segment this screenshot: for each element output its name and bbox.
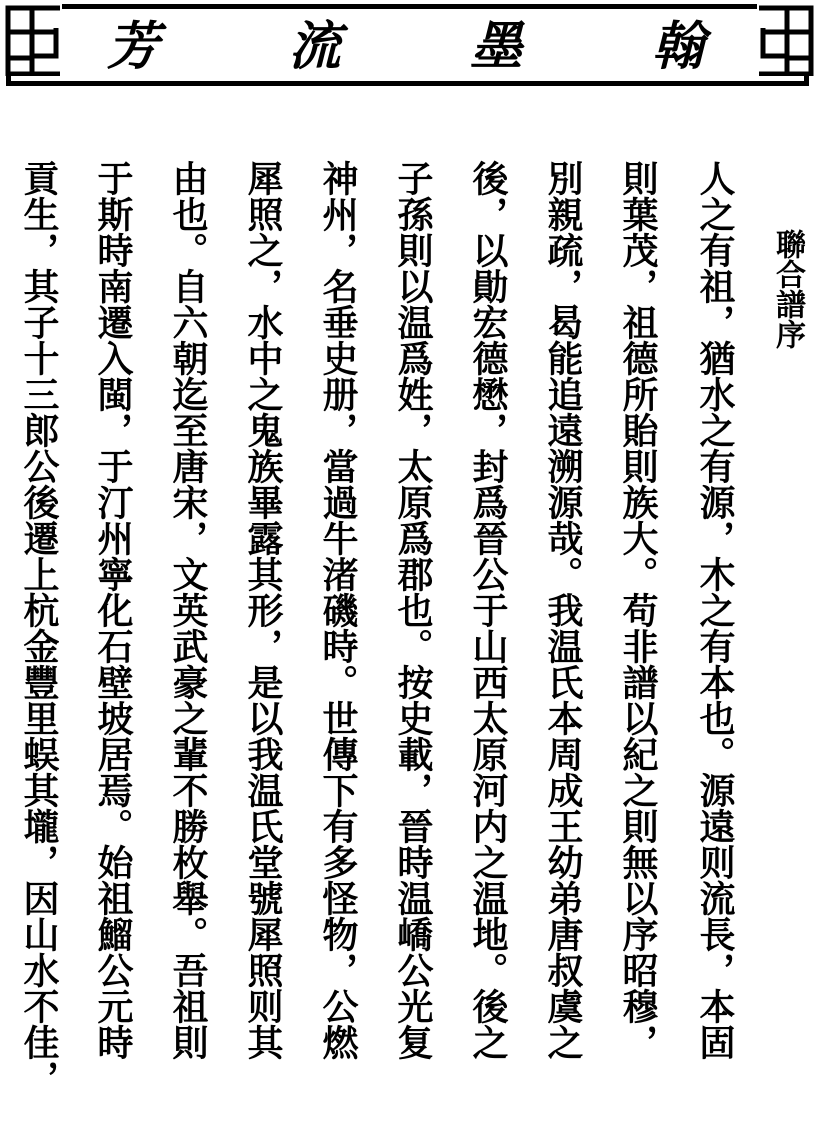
text-column: 人之有祖，猶水之有源，木之有本也。源遠则流長，本固	[688, 160, 734, 1060]
text-column: 犀照之，水中之鬼族畢露其形，是以我温氏堂號犀照则其	[236, 160, 282, 1060]
text-column: 于斯時南遷入閩，于汀州寧化石壁坡居焉。始祖鰡公元時	[86, 160, 132, 1060]
text-column: 後，以勛宏德懋，封爲晉公于山西太原河内之温地。後之	[461, 160, 507, 1060]
text-column: 貢生，其子十三郎公後遷上杭金豐里蜈其壠，因山水不佳，	[12, 160, 58, 1096]
text-column: 由也。自六朝迄至唐宋，文英武豪之輩不勝枚舉。吾祖則	[161, 160, 207, 1060]
text-column: 別親疏，曷能追遠溯源哉。我温氏本周成王幼弟唐叔虞之	[536, 160, 582, 1060]
document-heading: 聯合譜序	[768, 229, 804, 349]
text-column: 則葉茂，祖德所貽則族大。苟非譜以紀之則無以序昭穆，	[611, 160, 657, 1060]
text-column: 子孫則以温爲姓，太原爲郡也。按史載，晉時温嶠公光复	[386, 160, 432, 1060]
text-column: 神州，名垂史册，當過牛渚磯時。世傳下有多怪物，公燃	[311, 160, 357, 1060]
document-body: 聯合譜序 人之有祖，猶水之有源，木之有本也。源遠则流長，本固 則葉茂，祖德所貽則…	[0, 0, 819, 1147]
